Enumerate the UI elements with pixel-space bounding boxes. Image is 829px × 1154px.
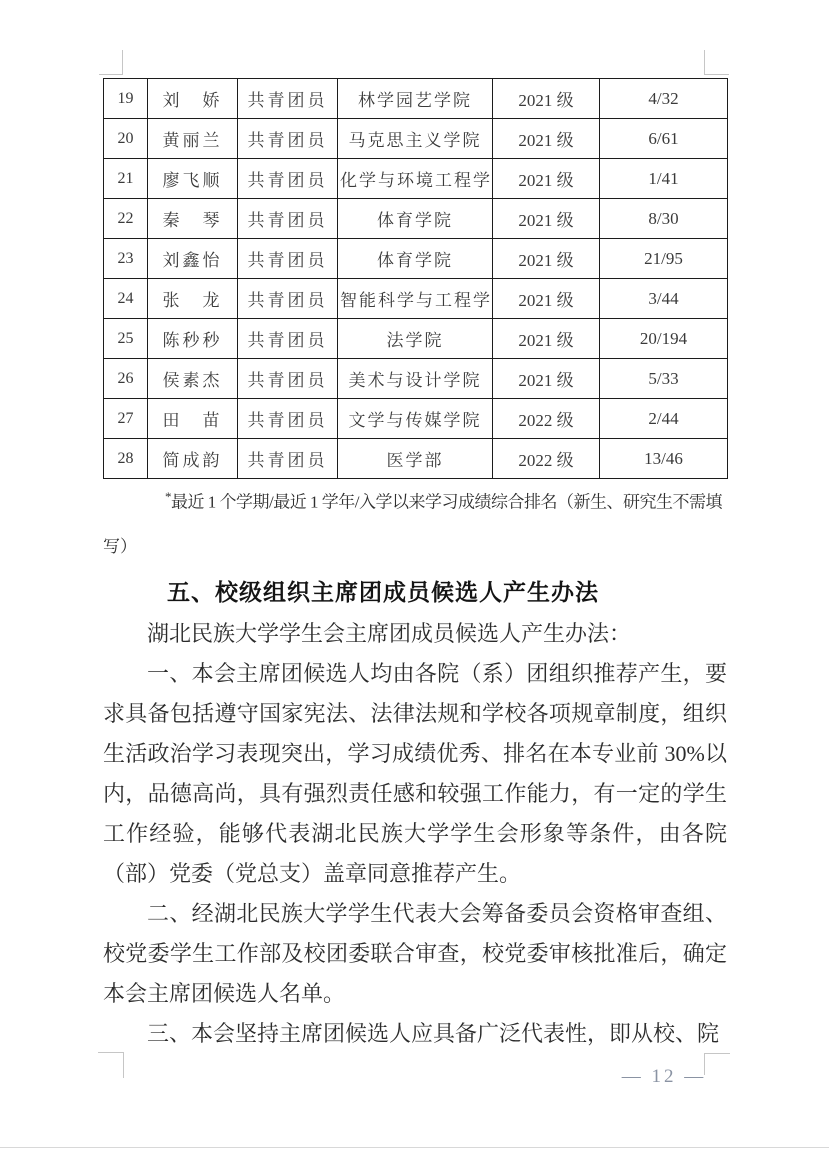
body-paragraph: 三、本会坚持主席团候选人应具备广泛代表性，即从校、院 [103, 1014, 727, 1054]
cell-serial-number: 25 [104, 319, 148, 359]
cell-name: 田 苗 [148, 399, 238, 439]
cell-rank: 1/41 [600, 159, 728, 199]
cell-name: 廖飞顺 [148, 159, 238, 199]
cell-rank: 8/30 [600, 199, 728, 239]
cell-rank: 5/33 [600, 359, 728, 399]
cell-name: 陈秒秒 [148, 319, 238, 359]
table-row: 24 张 龙 共青团员 智能科学与工程学院 2021 级 3/44 [104, 279, 728, 319]
cell-college: 美术与设计学院 [338, 359, 493, 399]
cell-political-status: 共青团员 [238, 279, 338, 319]
cell-political-status: 共青团员 [238, 159, 338, 199]
cell-grade: 2021 级 [493, 79, 600, 119]
cell-college: 体育学院 [338, 239, 493, 279]
cell-college: 体育学院 [338, 199, 493, 239]
table-row: 20 黄丽兰 共青团员 马克思主义学院 2021 级 6/61 [104, 119, 728, 159]
cell-name: 秦 琴 [148, 199, 238, 239]
cell-political-status: 共青团员 [238, 359, 338, 399]
cell-rank: 20/194 [600, 319, 728, 359]
cell-grade: 2021 级 [493, 319, 600, 359]
cell-college: 林学园艺学院 [338, 79, 493, 119]
cell-college: 马克思主义学院 [338, 119, 493, 159]
document-page: 19 刘 娇 共青团员 林学园艺学院 2021 级 4/32 20 黄丽兰 共青… [0, 0, 829, 1154]
cell-name: 刘鑫怡 [148, 239, 238, 279]
footnote-text: 最近 1 个学期/最近 1 学年/入学以来学习成绩综合排名（新生、研究生不需填 [171, 493, 722, 512]
crop-mark-top-left [99, 50, 123, 75]
cell-name: 简成韵 [148, 439, 238, 479]
page-number: — 12 — [600, 1066, 728, 1088]
cell-political-status: 共青团员 [238, 439, 338, 479]
cell-college: 法学院 [338, 319, 493, 359]
cell-grade: 2021 级 [493, 199, 600, 239]
table-row: 22 秦 琴 共青团员 体育学院 2021 级 8/30 [104, 199, 728, 239]
cell-name: 黄丽兰 [148, 119, 238, 159]
cell-rank: 6/61 [600, 119, 728, 159]
cell-political-status: 共青团员 [238, 79, 338, 119]
cell-name: 张 龙 [148, 279, 238, 319]
crop-mark-top-right [704, 50, 729, 75]
cell-college: 医学部 [338, 439, 493, 479]
cell-serial-number: 27 [104, 399, 148, 439]
cell-serial-number: 26 [104, 359, 148, 399]
cell-serial-number: 19 [104, 79, 148, 119]
table-row: 23 刘鑫怡 共青团员 体育学院 2021 级 21/95 [104, 239, 728, 279]
cell-grade: 2021 级 [493, 279, 600, 319]
cell-grade: 2021 级 [493, 239, 600, 279]
cell-serial-number: 22 [104, 199, 148, 239]
cell-college: 智能科学与工程学院 [338, 279, 493, 319]
cell-name: 侯素杰 [148, 359, 238, 399]
footnote-line-1: *最近 1 个学期/最近 1 学年/入学以来学习成绩综合排名（新生、研究生不需填 [103, 476, 727, 524]
cell-rank: 21/95 [600, 239, 728, 279]
table-row: 28 简成韵 共青团员 医学部 2022 级 13/46 [104, 439, 728, 479]
cell-rank: 2/44 [600, 399, 728, 439]
table-row: 27 田 苗 共青团员 文学与传媒学院 2022 级 2/44 [104, 399, 728, 439]
cell-political-status: 共青团员 [238, 119, 338, 159]
cell-rank: 13/46 [600, 439, 728, 479]
cell-name: 刘 娇 [148, 79, 238, 119]
cell-college: 化学与环境工程学院 [338, 159, 493, 199]
body-paragraph: 二、经湖北民族大学学生代表大会筹备委员会资格审查组、校党委学生工作部及校团委联合… [103, 894, 727, 1014]
crop-mark-bottom-left [98, 1052, 124, 1078]
cell-grade: 2022 级 [493, 439, 600, 479]
cell-political-status: 共青团员 [238, 319, 338, 359]
body-paragraph: 湖北民族大学学生会主席团成员候选人产生办法： [103, 614, 727, 654]
cell-serial-number: 21 [104, 159, 148, 199]
cell-rank: 3/44 [600, 279, 728, 319]
cell-serial-number: 23 [104, 239, 148, 279]
table-row: 19 刘 娇 共青团员 林学园艺学院 2021 级 4/32 [104, 79, 728, 119]
cell-grade: 2021 级 [493, 359, 600, 399]
cell-political-status: 共青团员 [238, 239, 338, 279]
table-row: 25 陈秒秒 共青团员 法学院 2021 级 20/194 [104, 319, 728, 359]
footnote-line-2: 写） [103, 524, 727, 570]
cell-political-status: 共青团员 [238, 199, 338, 239]
cell-serial-number: 28 [104, 439, 148, 479]
cell-grade: 2021 级 [493, 159, 600, 199]
section-heading: 五、校级组织主席团成员候选人产生办法 [167, 570, 727, 614]
member-table-body: 19 刘 娇 共青团员 林学园艺学院 2021 级 4/32 20 黄丽兰 共青… [104, 79, 728, 479]
cell-serial-number: 24 [104, 279, 148, 319]
member-table: 19 刘 娇 共青团员 林学园艺学院 2021 级 4/32 20 黄丽兰 共青… [103, 78, 728, 479]
cell-political-status: 共青团员 [238, 399, 338, 439]
body-paragraph: 一、本会主席团候选人均由各院（系）团组织推荐产生，要求具备包括遵守国家宪法、法律… [103, 654, 727, 894]
table-row: 26 侯素杰 共青团员 美术与设计学院 2021 级 5/33 [104, 359, 728, 399]
cell-college: 文学与传媒学院 [338, 399, 493, 439]
cell-serial-number: 20 [104, 119, 148, 159]
cell-rank: 4/32 [600, 79, 728, 119]
table-row: 21 廖飞顺 共青团员 化学与环境工程学院 2021 级 1/41 [104, 159, 728, 199]
text-area: *最近 1 个学期/最近 1 学年/入学以来学习成绩综合排名（新生、研究生不需填… [103, 476, 727, 1054]
page-bottom-edge [0, 1147, 829, 1148]
cell-grade: 2021 级 [493, 119, 600, 159]
cell-grade: 2022 级 [493, 399, 600, 439]
